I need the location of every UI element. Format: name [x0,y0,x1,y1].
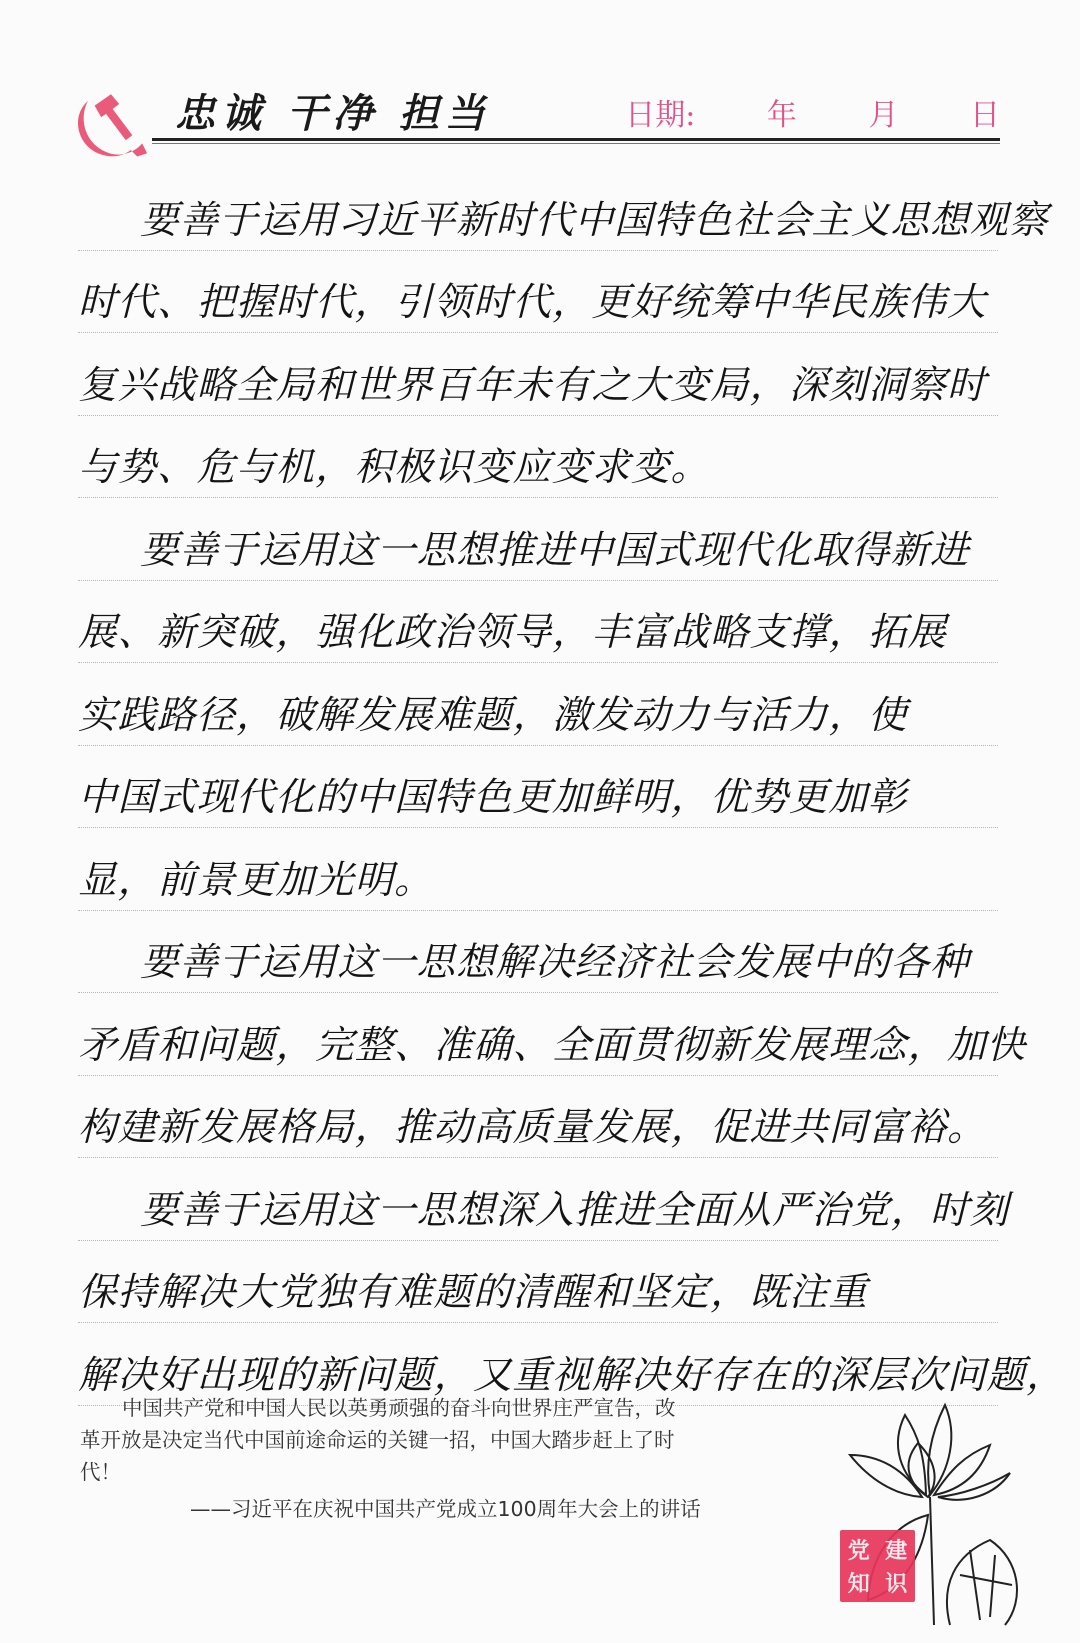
handwritten-text: 时代、把握时代，引领时代，更好统筹中华民族伟大 [78,280,987,332]
ruled-line: 显，前景更加光明。 [78,828,998,911]
quote-attribution: ——习近平在庆祝中国共产党成立100周年大会上的讲话 [190,1492,701,1522]
ruled-line: 要善于运用这一思想解决经济社会发展中的各种 [78,911,998,994]
ruled-line: 中国式现代化的中国特色更加鲜明，优势更加彰 [78,746,998,829]
ruled-line: 复兴战略全局和世界百年未有之大变局，深刻洞察时 [78,333,998,416]
ruled-line: 保持解决大党独有难题的清醒和坚定，既注重 [78,1241,998,1324]
motto-title: 忠诚 干净 担当 [175,82,491,139]
quote-line: 中国共产党和中国人民以英勇顽强的奋斗向世界庄严宣告，改 [122,1396,676,1420]
day-label: 日 [970,90,1000,134]
handwritten-text: 保持解决大党独有难题的清醒和坚定，既注重 [78,1270,868,1322]
handwritten-text: 复兴战略全局和世界百年未有之大变局，深刻洞察时 [78,363,987,415]
ruled-line: 实践路径，破解发展难题，激发动力与活力，使 [78,663,998,746]
handwritten-body: 要善于运用习近平新时代中国特色社会主义思想观察 时代、把握时代，引领时代，更好统… [78,168,998,1406]
handwritten-text: 与势、危与机，积极识变应变求变。 [78,445,710,497]
ruled-line: 要善于运用这一思想深入推进全面从严治党，时刻 [78,1158,998,1241]
page-header: 忠诚 干净 担当 日期: 年 月 日 [70,78,1000,158]
hammer-and-sickle-icon [70,86,152,168]
ruled-line: 矛盾和问题，完整、准确、全面贯彻新发展理念，加快 [78,993,998,1076]
stamp-char: 建 [885,1534,907,1565]
month-label: 月 [868,90,898,134]
stamp-char: 知 [848,1567,870,1598]
handwritten-text: 中国式现代化的中国特色更加鲜明，优势更加彰 [78,775,908,827]
stamp-char: 识 [885,1567,907,1598]
header-divider [152,138,1000,144]
ruled-line: 时代、把握时代，引领时代，更好统筹中华民族伟大 [78,251,998,334]
year-label: 年 [767,90,797,134]
handwritten-text: 展、新突破，强化政治领导，丰富战略支撑，拓展 [78,610,947,662]
footer-quote: 中国共产党和中国人民以英勇顽强的奋斗向世界庄严宣告，改 革开放是决定当代中国前途… [80,1392,770,1488]
stamp-char: 党 [848,1534,870,1565]
ruled-line: 要善于运用这一思想推进中国式现代化取得新进 [78,498,998,581]
ruled-line: 展、新突破，强化政治领导，丰富战略支撑，拓展 [78,581,998,664]
quote-line: 代！ [80,1460,121,1484]
quote-line: 革开放是决定当代中国前途命运的关键一招，中国大踏步赶上了时 [80,1428,675,1452]
handwritten-text: 实践路径，破解发展难题，激发动力与活力，使 [78,693,908,745]
handwritten-text: 要善于运用这一思想推进中国式现代化取得新进 [78,528,970,580]
ruled-line: 要善于运用习近平新时代中国特色社会主义思想观察 [78,168,998,251]
party-building-stamp: 党 建 知 识 [840,1530,915,1602]
date-label: 日期: [625,90,695,134]
handwritten-text: 显，前景更加光明。 [78,858,434,910]
handwritten-text: 矛盾和问题，完整、准确、全面贯彻新发展理念，加快 [78,1023,1026,1075]
handwritten-text: 要善于运用这一思想深入推进全面从严治党，时刻 [78,1188,1009,1240]
handwritten-text: 要善于运用习近平新时代中国特色社会主义思想观察 [78,198,1049,250]
ruled-line: 与势、危与机，积极识变应变求变。 [78,416,998,499]
handwritten-text: 构建新发展格局，推动高质量发展，促进共同富裕。 [78,1105,987,1157]
handwritten-text: 要善于运用这一思想解决经济社会发展中的各种 [78,940,970,992]
ruled-line: 构建新发展格局，推动高质量发展，促进共同富裕。 [78,1076,998,1159]
date-field: 日期: 年 月 日 [625,90,1000,134]
